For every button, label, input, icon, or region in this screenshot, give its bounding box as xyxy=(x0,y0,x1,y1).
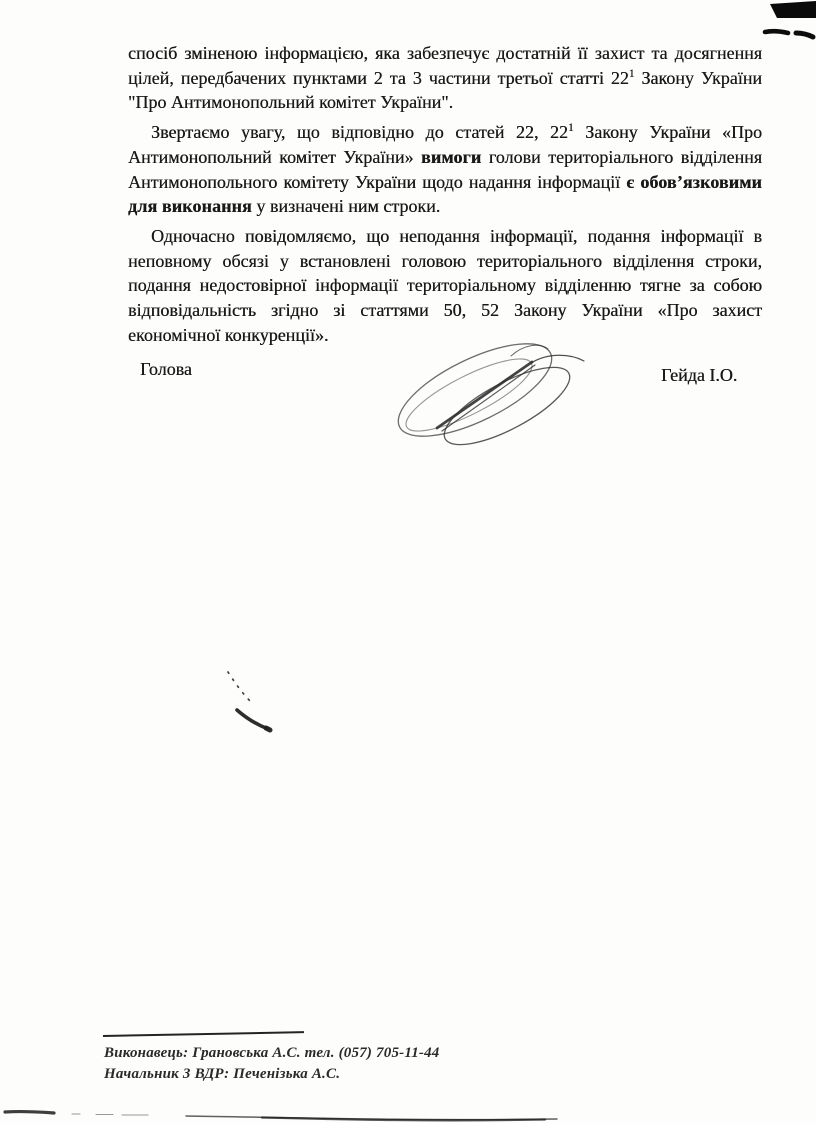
signature-diagonal-stroke xyxy=(437,362,532,428)
body-paragraph-1: спосіб зміненою інформацією, яка забезпе… xyxy=(128,41,762,115)
body-paragraph-3: Одночасно повідомляємо, що неподання інф… xyxy=(128,224,762,348)
signer-position-label: Голова xyxy=(140,359,192,380)
department-head-line: Начальник 3 ВДР: Печенізька А.С. xyxy=(104,1064,440,1085)
ink-thick-stroke xyxy=(237,710,268,729)
signature-loop-right xyxy=(434,353,579,459)
signature-tail-stroke xyxy=(531,355,584,363)
letter-body: спосіб зміненою інформацією, яка забезпе… xyxy=(128,41,762,352)
scan-edge-smudge xyxy=(0,1104,600,1123)
smudge-long-line-thick xyxy=(262,1118,545,1121)
ink-blot-end xyxy=(266,728,270,730)
signature-loop-outer xyxy=(386,332,564,455)
body-paragraph-2: Звертаємо увагу, що відповідно до статей… xyxy=(128,120,762,219)
corner-dash-left xyxy=(765,31,788,33)
ink-dotted-trail xyxy=(228,672,252,703)
footer-executor-block: Виконавець: Грановська А.С. тел. (057) 7… xyxy=(104,1043,440,1084)
corner-dash-right xyxy=(796,33,813,37)
paragraph-text: Одночасно повідомляємо, що неподання інф… xyxy=(128,226,762,345)
scan-corner-artifact xyxy=(758,0,816,46)
smudge-faint-dots xyxy=(72,1114,148,1115)
scanned-letter-page: спосіб зміненою інформацією, яка забезпе… xyxy=(0,0,816,1123)
executor-line: Виконавець: Грановська А.С. тел. (057) 7… xyxy=(104,1043,440,1064)
smudge-left-dash xyxy=(5,1112,54,1113)
paragraph-text: у визначені ним строки. xyxy=(252,196,440,216)
footer-separator-line xyxy=(103,1031,304,1037)
ink-speck-artifact xyxy=(210,660,282,742)
corner-blob-shape xyxy=(770,1,816,18)
signature-loop-inner xyxy=(398,346,540,443)
signature-scribble-icon xyxy=(385,332,600,464)
paragraph-text: Звертаємо увагу, що відповідно до статей… xyxy=(151,122,568,142)
emphasis-vymohy: вимоги xyxy=(421,147,481,167)
signature-top-arc xyxy=(511,345,548,356)
signer-name-label: Гейда І.О. xyxy=(661,365,737,386)
